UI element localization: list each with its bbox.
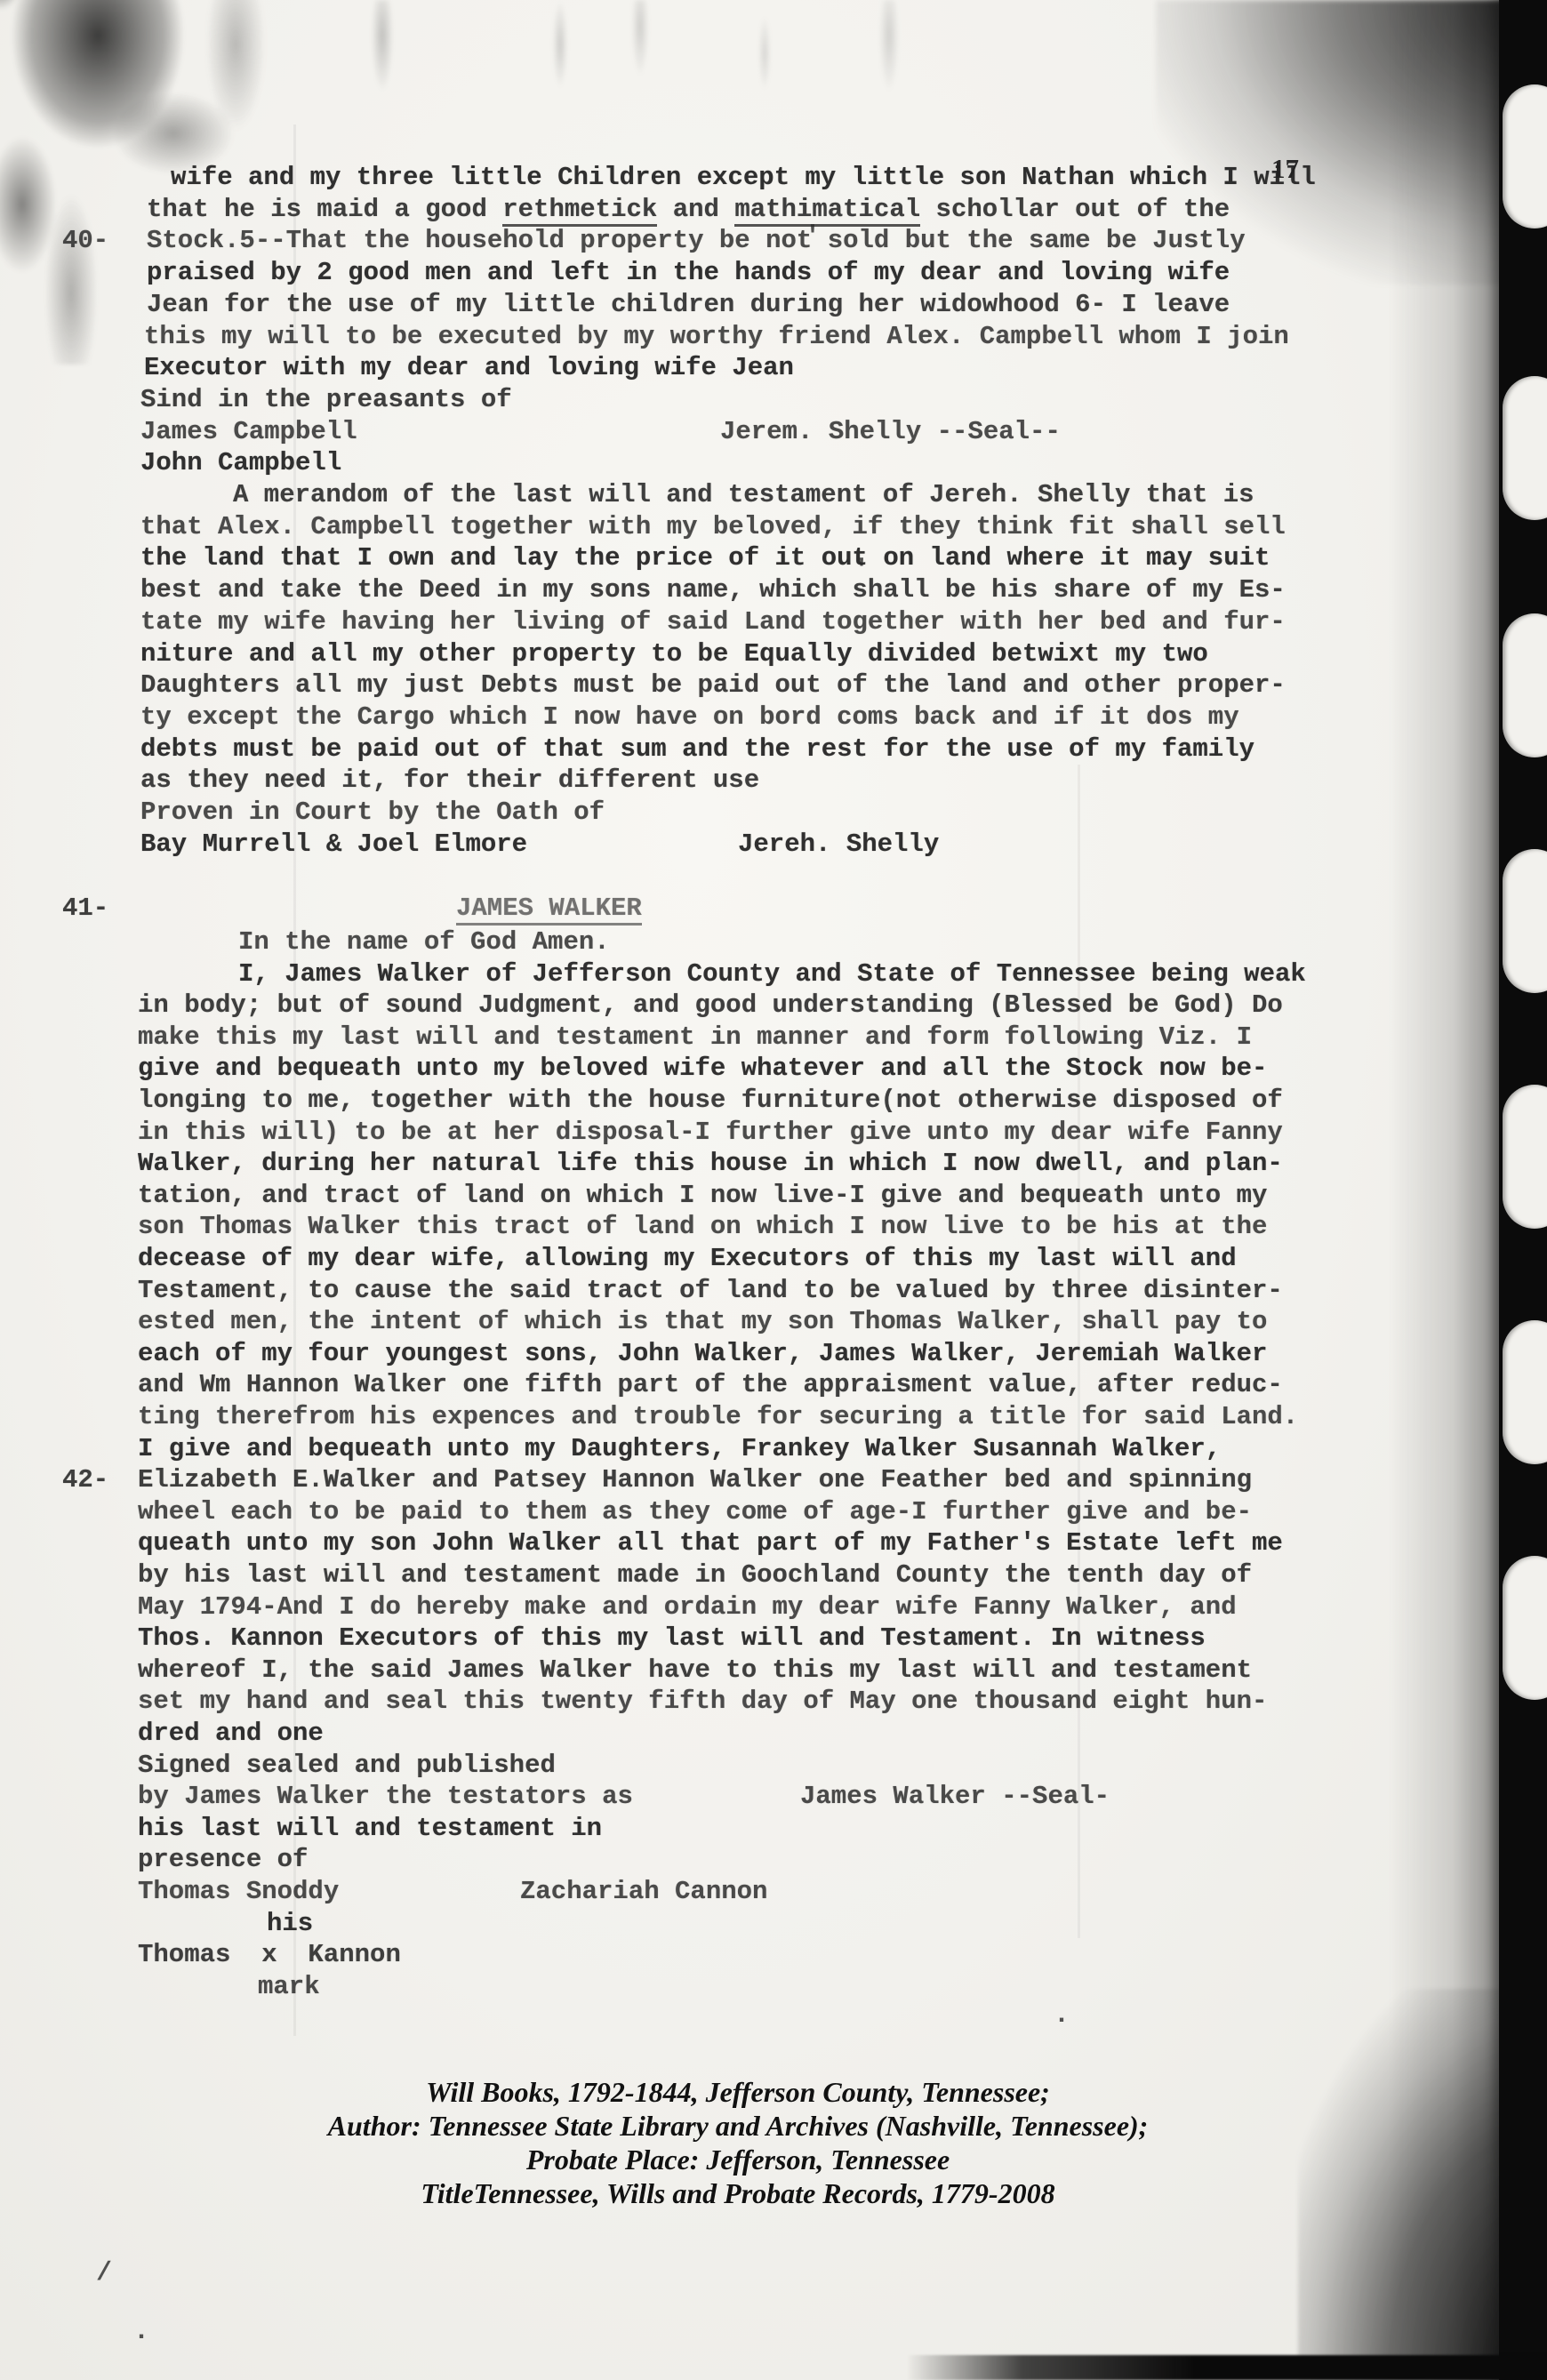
typed-line: I, James Walker of Jefferson County and …	[0, 959, 1547, 991]
signature-text: Zachariah Cannon	[520, 1877, 767, 1906]
typed-line-text: in this will) to be at her disposal-I fu…	[138, 1118, 1283, 1147]
typed-line: queath unto my son John Walker all that …	[0, 1528, 1547, 1560]
typed-line-text: JAMES WALKER	[456, 894, 642, 923]
typed-line-text: presence of	[138, 1845, 308, 1874]
citation-line: Will Books, 1792-1844, Jefferson County,…	[53, 2075, 1423, 2109]
typed-line-text: by his last will and testament made in G…	[138, 1560, 1252, 1590]
typed-line-text: best and take the Deed in my sons name, …	[140, 575, 1286, 605]
typed-line: I give and bequeath unto my Daughters, F…	[0, 1434, 1547, 1466]
typed-line-text: whereof I, the said James Walker have to…	[138, 1655, 1252, 1685]
typed-line: in this will) to be at her disposal-I fu…	[0, 1118, 1547, 1150]
typed-line: ested men, the intent of which is that m…	[0, 1307, 1547, 1339]
typed-line: by his last will and testament made in G…	[0, 1560, 1547, 1592]
typed-line: Thomas SnoddyZachariah Cannon	[0, 1877, 1547, 1909]
typed-line-text: ting therefrom his expences and trouble …	[138, 1402, 1298, 1431]
typed-line-text: tate my wife having her living of said L…	[140, 607, 1286, 637]
scan-dark-bottom-edge	[907, 2355, 1547, 2380]
typed-line-text: praised by 2 good men and left in the ha…	[147, 258, 1230, 287]
typed-line-text: and Wm Hannon Walker one fifth part of t…	[138, 1370, 1283, 1399]
typed-line-text: A merandom of the last will and testamen…	[233, 480, 1254, 509]
typed-line-text: queath unto my son John Walker all that …	[138, 1528, 1283, 1558]
typed-line: tate my wife having her living of said L…	[0, 607, 1547, 639]
typed-line-text: dred and one	[138, 1719, 324, 1748]
signature-text: James Walker --Seal-	[800, 1782, 1110, 1811]
margin-item-number: 42-	[62, 1465, 108, 1495]
margin-item-number: 41-	[62, 894, 108, 923]
typed-line-text: debts must be paid out of that sum and t…	[140, 734, 1254, 764]
typed-line-text: Testament, to cause the said tract of la…	[138, 1276, 1283, 1305]
typed-line: this my will to be executed by my worthy…	[0, 322, 1547, 354]
typed-line-text: in body; but of sound Judgment, and good…	[138, 990, 1283, 1020]
typed-line: make this my last will and testament in …	[0, 1022, 1547, 1054]
typed-line-text: Thomas x Kannon	[138, 1940, 401, 1969]
typed-line-text: mark	[258, 1972, 320, 2001]
typed-line-text: that he is maid a good rethmetick and ma…	[147, 195, 1230, 224]
typed-line: and Wm Hannon Walker one fifth part of t…	[0, 1370, 1547, 1402]
typed-line-text: wheel each to be paid to them as they co…	[138, 1497, 1252, 1527]
typed-line: as they need it, for their different use	[0, 765, 1547, 797]
typed-line-text: Daughters all my just Debts must be paid…	[140, 670, 1286, 700]
typed-line: Signed sealed and published	[0, 1751, 1547, 1783]
typed-line-text: Stock.5--That the household property be …	[147, 226, 1246, 255]
typed-line: tation, and tract of land on which I now…	[0, 1181, 1547, 1213]
typed-line-text: ested men, the intent of which is that m…	[138, 1307, 1267, 1336]
typed-line-text: John Campbell	[140, 448, 341, 477]
typed-line-text: the land that I own and lay the price of…	[140, 543, 1270, 573]
typed-line: set my hand and seal this twenty fifth d…	[0, 1687, 1547, 1719]
typed-line: James CampbellJerem. Shelly --Seal--	[0, 417, 1547, 449]
typed-line-text: his	[267, 1909, 313, 1938]
typed-line-text: tation, and tract of land on which I now…	[138, 1181, 1267, 1210]
typed-line: wheel each to be paid to them as they co…	[0, 1497, 1547, 1529]
typed-line-text: Bay Murrell & Joel Elmore	[140, 829, 527, 859]
ink-speck: '	[805, 222, 821, 252]
typed-line: Thomas x Kannon	[0, 1940, 1547, 1972]
citation-line: Probate Place: Jefferson, Tennessee	[53, 2143, 1423, 2176]
typed-line: 40-Stock.5--That the household property …	[0, 226, 1547, 258]
typed-line-text: I give and bequeath unto my Daughters, F…	[138, 1434, 1221, 1463]
ink-speck: '	[854, 556, 870, 586]
ink-speck: .	[1054, 2000, 1070, 2031]
typed-line-text: May 1794-And I do hereby make and ordain…	[138, 1592, 1237, 1622]
citation-line: Author: Tennessee State Library and Arch…	[53, 2109, 1423, 2143]
scan-noise-top-streaks	[267, 0, 1067, 169]
typed-line: by James Walker the testators asJames Wa…	[0, 1782, 1547, 1814]
typed-line-text: that Alex. Campbell together with my bel…	[140, 512, 1286, 541]
citation-footer: Will Books, 1792-1844, Jefferson County,…	[53, 2075, 1423, 2210]
typed-line-text: Thos. Kannon Executors of this my last w…	[138, 1623, 1206, 1653]
typed-line: best and take the Deed in my sons name, …	[0, 575, 1547, 607]
typed-line: decease of my dear wife, allowing my Exe…	[0, 1244, 1547, 1276]
typed-line: presence of	[0, 1845, 1547, 1877]
typed-line-text: set my hand and seal this twenty fifth d…	[138, 1687, 1267, 1716]
typed-line: give and bequeath unto my beloved wife w…	[0, 1054, 1547, 1086]
typed-line-text: make this my last will and testament in …	[138, 1022, 1252, 1052]
typed-line: mark	[0, 1972, 1547, 2004]
signature-text: Jereh. Shelly	[738, 829, 939, 859]
typed-line: in body; but of sound Judgment, and good…	[0, 990, 1547, 1022]
typed-line: whereof I, the said James Walker have to…	[0, 1655, 1547, 1687]
typed-line-text: Elizabeth E.Walker and Patsey Hannon Wal…	[138, 1465, 1252, 1495]
typed-line: praised by 2 good men and left in the ha…	[0, 258, 1547, 290]
typed-line-text: Sind in the preasants of	[140, 385, 512, 414]
typed-line-text: as they need it, for their different use	[140, 765, 759, 795]
typed-line: Testament, to cause the said tract of la…	[0, 1276, 1547, 1308]
typed-line: John Campbell	[0, 448, 1547, 480]
typed-line-text: ty except the Cargo which I now have on …	[140, 702, 1239, 732]
typed-line-text: each of my four youngest sons, John Walk…	[138, 1339, 1267, 1368]
signature-text: Jerem. Shelly --Seal--	[720, 417, 1061, 446]
typed-line-text: Walker, during her natural life this hou…	[138, 1149, 1283, 1178]
typed-line-text: this my will to be executed by my worthy…	[144, 322, 1289, 351]
will-heading-line: 41-JAMES WALKER	[0, 894, 1547, 926]
typed-line: debts must be paid out of that sum and t…	[0, 734, 1547, 766]
typed-line-text: Proven in Court by the Oath of	[140, 797, 605, 827]
typed-line: wife and my three little Children except…	[0, 163, 1547, 195]
typed-line-text: Signed sealed and published	[138, 1751, 556, 1780]
typed-line: his last will and testament in	[0, 1814, 1547, 1846]
typed-line-text: niture and all my other property to be E…	[140, 639, 1208, 669]
typed-line: that he is maid a good rethmetick and ma…	[0, 195, 1547, 227]
typed-line-text: decease of my dear wife, allowing my Exe…	[138, 1244, 1237, 1273]
typed-line: niture and all my other property to be E…	[0, 639, 1547, 671]
typed-line: Proven in Court by the Oath of	[0, 797, 1547, 829]
typed-line: Thos. Kannon Executors of this my last w…	[0, 1623, 1547, 1655]
typed-line: dred and one	[0, 1719, 1547, 1751]
typed-line: Jean for the use of my little children d…	[0, 290, 1547, 322]
typed-line-text: Jean for the use of my little children d…	[147, 290, 1230, 319]
typed-line: May 1794-And I do hereby make and ordain…	[0, 1592, 1547, 1624]
typed-line: A merandom of the last will and testamen…	[0, 480, 1547, 512]
typed-line: his	[0, 1909, 1547, 1941]
typed-line: longing to me, together with the house f…	[0, 1086, 1547, 1118]
typed-line: Bay Murrell & Joel ElmoreJereh. Shelly	[0, 829, 1547, 861]
typed-line-text: I, James Walker of Jefferson County and …	[238, 959, 1306, 989]
typed-line: Daughters all my just Debts must be paid…	[0, 670, 1547, 702]
ink-speck: /	[96, 2258, 112, 2288]
typed-line-text: Executor with my dear and loving wife Je…	[144, 353, 794, 382]
typed-line: the land that I own and lay the price of…	[0, 543, 1547, 575]
typed-line: Walker, during her natural life this hou…	[0, 1149, 1547, 1181]
typed-line: 42-Elizabeth E.Walker and Patsey Hannon …	[0, 1465, 1547, 1497]
ink-speck: .	[133, 2317, 149, 2347]
typed-line: son Thomas Walker this tract of land on …	[0, 1212, 1547, 1244]
typed-line: each of my four youngest sons, John Walk…	[0, 1339, 1547, 1371]
typed-line: ty except the Cargo which I now have on …	[0, 702, 1547, 734]
typed-line-text: give and bequeath unto my beloved wife w…	[138, 1054, 1267, 1083]
typed-line-text: James Campbell	[140, 417, 357, 446]
citation-line: TitleTennessee, Wills and Probate Record…	[53, 2176, 1423, 2210]
typed-line-text: his last will and testament in	[138, 1814, 602, 1843]
typed-line-text: by James Walker the testators as	[138, 1782, 633, 1811]
typed-line: that Alex. Campbell together with my bel…	[0, 512, 1547, 544]
typed-line: ting therefrom his expences and trouble …	[0, 1402, 1547, 1434]
typed-line-text: longing to me, together with the house f…	[138, 1086, 1283, 1115]
typed-line: In the name of God Amen.	[0, 927, 1547, 959]
typed-line-text: wife and my three little Children except…	[171, 163, 1316, 192]
typed-line: Sind in the preasants of	[0, 385, 1547, 417]
margin-item-number: 40-	[62, 226, 108, 255]
scanned-will-document-page: 17 wife and my three little Children exc…	[0, 0, 1547, 2380]
typed-line-text: Thomas Snoddy	[138, 1877, 339, 1906]
typed-line: Executor with my dear and loving wife Je…	[0, 353, 1547, 385]
typed-line-text: In the name of God Amen.	[238, 927, 610, 957]
typed-line-text: son Thomas Walker this tract of land on …	[138, 1212, 1267, 1241]
